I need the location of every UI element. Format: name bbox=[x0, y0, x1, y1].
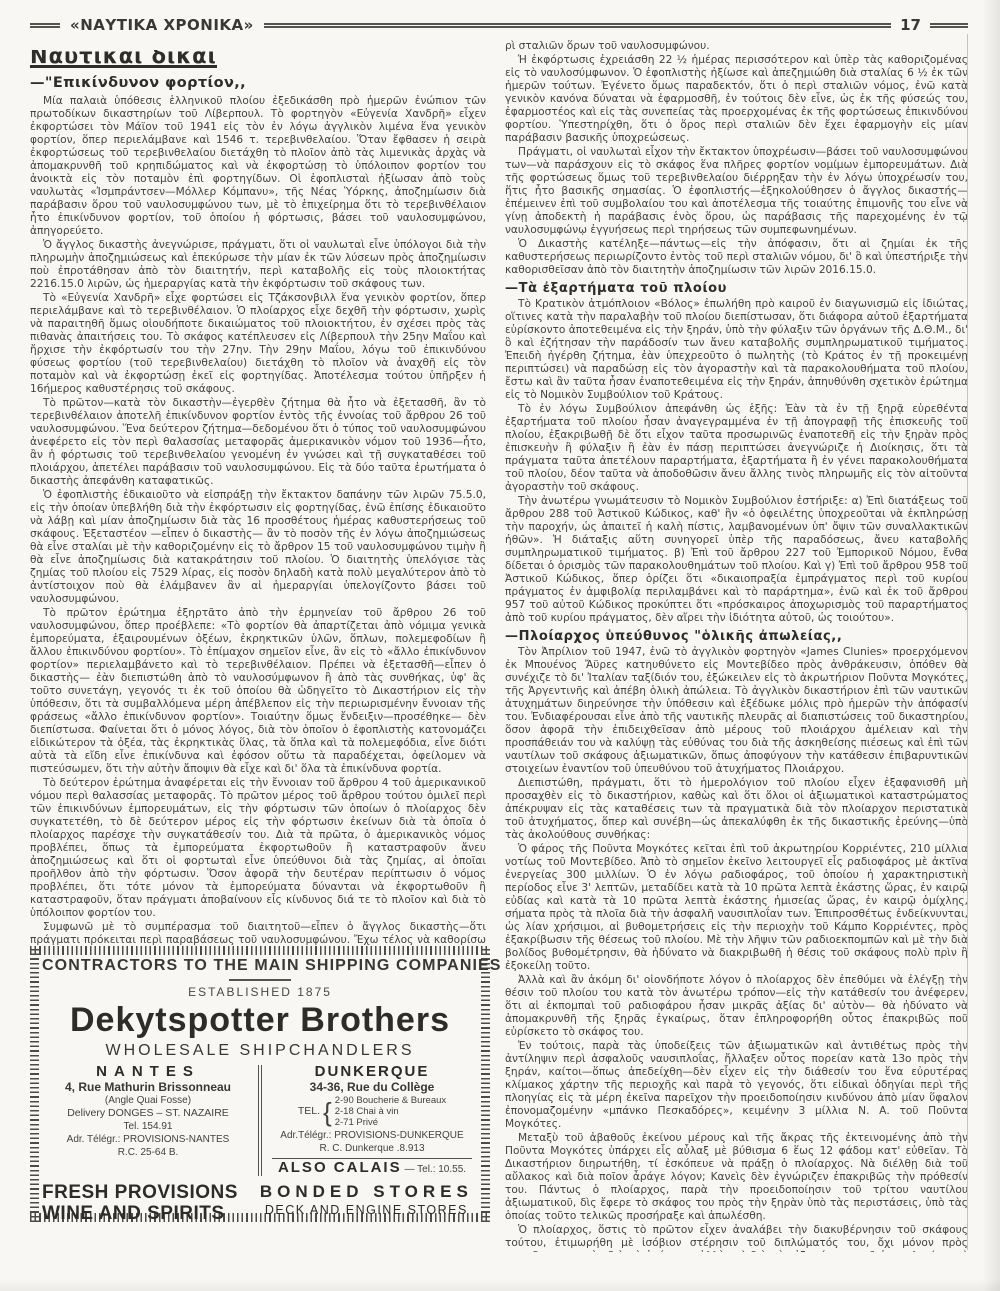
ad-nantes-rc: R.C. 25-64 B. bbox=[42, 1146, 254, 1159]
body-paragraph: Ὁ φάρος τῆς Ποῦντα Μογκότες κεῖται ἐπὶ τ… bbox=[505, 843, 968, 973]
body-paragraph: Ὁ ἄγγλος δικαστὴς ἀνεγνώρισε, πράγματι, … bbox=[30, 239, 486, 291]
subheading-master-liable: —Πλοίαρχος ὑπεύθυνος "ὁλικῆς ἀπωλείας,, bbox=[505, 630, 968, 643]
page-header: «ΝΑΥΤΙΚΑ ΧΡΟΝΙΚΑ» 17 bbox=[30, 16, 968, 34]
header-rule-right bbox=[930, 23, 968, 28]
ad-dunkerque-rc: R. C. Dunkerque .8.913 bbox=[266, 1142, 478, 1155]
ad-dunkerque-city: DUNKERQUE bbox=[266, 1065, 478, 1078]
ad-dunkerque-address: 34-36, Rue du Collège bbox=[266, 1081, 478, 1094]
ad-tel-label: TEL. bbox=[298, 1105, 320, 1118]
body-paragraph: ρὶ σταλιῶν ὅρων τοῦ ναυλοσυμφώνου. bbox=[505, 40, 968, 53]
scan-shadow-right bbox=[982, 0, 1000, 1291]
ad-footer-stores: BONDED STORES DECK AND ENGINE STORES bbox=[255, 1182, 478, 1218]
ad-nantes-address: 4, Rue Mathurin Brissonneau bbox=[42, 1081, 254, 1094]
section-title: Ναυτικαί δίκαι bbox=[30, 50, 217, 68]
ad-nantes-delivery: Delivery DONGES – ST. NAZAIRE bbox=[42, 1107, 254, 1120]
ad-footer-line: WINE AND SPIRITS bbox=[42, 1203, 255, 1224]
body-paragraph: Ὁ Δικαστὴς κατέληξε—πάντως—εἰς τὴν ἀπόφα… bbox=[505, 238, 968, 277]
ad-dunkerque-telegraph: Adr.Télégr.: PROVISIONS-DUNKERQUE bbox=[266, 1129, 478, 1142]
body-paragraph: Τὸ Κρατικὸν ἀτμόπλοιον «Βόλος» ἐπωλήθη π… bbox=[505, 298, 968, 402]
ad-nantes-block: NANTES 4, Rue Mathurin Brissonneau (Angl… bbox=[42, 1065, 254, 1176]
ad-footer-line: FRESH PROVISIONS bbox=[42, 1182, 255, 1203]
ad-column-divider bbox=[258, 1065, 262, 1176]
subheading-ship-fittings: —Τὰ ἐξαρτήματα τοῦ πλοίου bbox=[505, 282, 968, 295]
body-paragraph: Ὁ ἐφοπλιστὴς ἐδικαιοῦτο νὰ εἰσπράξῃ τὴν … bbox=[30, 489, 486, 606]
right-text-column: ρὶ σταλιῶν ὅρων τοῦ ναυλοσυμφώνου. Ἡ ἐκφ… bbox=[505, 40, 968, 1252]
body-paragraph: Συμφωνῶ μὲ τὸ συμπέρασμα τοῦ διαιτητοῦ—ε… bbox=[30, 921, 486, 946]
ad-nantes-telegraph: Adr. Télégr.: PROVISIONS-NANTES bbox=[42, 1133, 254, 1146]
ad-nantes-city: NANTES bbox=[42, 1065, 254, 1078]
ad-also-calais: ALSO CALAIS — Tel.: 10.55. bbox=[266, 1161, 478, 1176]
ad-tagline: CONTRACTORS TO THE MAIN SHIPPING COMPANI… bbox=[42, 957, 478, 975]
ad-tel-line: 2-90 Boucherie & Bureaux bbox=[335, 1095, 446, 1106]
body-paragraph: Τὸ ἐν λόγω Συμβούλιον ἀπεφάνθη ὡς ἑξῆς: … bbox=[505, 403, 968, 494]
ad-footer-provisions: FRESH PROVISIONS WINE AND SPIRITS bbox=[42, 1182, 255, 1224]
ad-nantes-tel: Tel. 154.91 bbox=[42, 1120, 254, 1133]
body-paragraph: Τὸν Ἀπρίλιον τοῦ 1947, ἐνῶ τὸ ἀγγλικὸν φ… bbox=[505, 646, 968, 776]
left-text-column: Ναυτικαί δίκαι —"Επικίνδυνον φορτίον,, Μ… bbox=[30, 50, 486, 946]
ad-border-top bbox=[30, 946, 490, 955]
body-paragraph: Ἡ ἐκφόρτωσις ἐχρειάσθη 22 ½ ἡμέρας περισ… bbox=[505, 54, 968, 145]
ad-dunkerque-block: DUNKERQUE 34-36, Rue du Collège TEL. { 2… bbox=[266, 1065, 478, 1176]
ad-border-right bbox=[481, 946, 490, 1222]
ad-border-left bbox=[30, 946, 39, 1222]
scan-shadow-bottom bbox=[0, 1279, 1000, 1291]
ad-also-calais-tel: — Tel.: 10.55. bbox=[405, 1164, 467, 1175]
body-paragraph: Τὸ πρῶτον—κατὰ τὸν δικαστὴν—ἐγερθὲν ζήτη… bbox=[30, 397, 486, 488]
ad-tel-line: 2-18 Chai à vin bbox=[335, 1106, 446, 1117]
body-paragraph: Διεπιστώθη, πράγματι, ὅτι τὸ ἡμερολόγιον… bbox=[505, 777, 968, 842]
ad-divider-rule bbox=[229, 979, 291, 981]
ad-also-calais-bold: ALSO CALAIS bbox=[278, 1159, 402, 1176]
body-paragraph: Τὸ «Εὐγενία Χανδρῆ» εἶχε φορτώσει εἰς Τζ… bbox=[30, 292, 486, 396]
body-paragraph: Τὸ δεύτερον ἐρώτημα ἀναφέρεται εἰς τὴν ἔ… bbox=[30, 777, 486, 920]
ad-footer-line: DECK AND ENGINE STORES bbox=[255, 1202, 478, 1218]
ad-subtitle: WHOLESALE SHIPCHANDLERS bbox=[42, 1042, 478, 1060]
body-paragraph: Ὁ πλοίαρχος, ὅστις τὸ πρῶτον εἶχεν ἀναλά… bbox=[505, 1224, 968, 1252]
body-paragraph: Τὴν ἀνωτέρω γνωμάτευσιν τὸ Νομικὸν Συμβο… bbox=[505, 495, 968, 625]
shipchandlers-advertisement: CONTRACTORS TO THE MAIN SHIPPING COMPANI… bbox=[30, 946, 490, 1222]
body-paragraph: Ἐν τούτοις, παρὰ τὰς ὑποδείξεις τῶν ἀξιω… bbox=[505, 1040, 968, 1131]
ad-footer-line: BONDED STORES bbox=[255, 1182, 478, 1202]
body-paragraph: Τὸ πρῶτον ἐρώτημα ἐξηρτᾶτο ἀπὸ τὴν ἑρμην… bbox=[30, 607, 486, 776]
masthead-title: «ΝΑΥΤΙΚΑ ΧΡΟΝΙΚΑ» bbox=[70, 16, 254, 34]
scanned-magazine-page: «ΝΑΥΤΙΚΑ ΧΡΟΝΙΚΑ» 17 Ναυτικαί δίκαι —"Επ… bbox=[0, 0, 1000, 1291]
ad-tel-line: 2-71 Privé bbox=[335, 1117, 446, 1128]
page-edge-rule bbox=[967, 34, 968, 1250]
header-rule-middle bbox=[264, 23, 891, 28]
body-paragraph: Πράγματι, οἱ ναυλωταὶ εἶχον τὴν ἔκτακτον… bbox=[505, 146, 968, 237]
body-paragraph: Μεταξὺ τοῦ ἀβαθοῦς ἐκείνου μέρους καὶ τῆ… bbox=[505, 1132, 968, 1223]
body-paragraph: Ἀλλὰ καὶ ἂν ἀκόμη δι' οἱονδήποτε λόγον ὁ… bbox=[505, 974, 968, 1039]
brace-icon: { bbox=[323, 1099, 332, 1125]
ad-nantes-address2: (Angle Quai Fosse) bbox=[42, 1094, 254, 1107]
ad-company-name: Dekytspotter Brothers bbox=[42, 1001, 478, 1040]
ad-dunkerque-tel: TEL. { 2-90 Boucherie & Bureaux 2-18 Cha… bbox=[266, 1095, 478, 1128]
page-number: 17 bbox=[900, 16, 921, 34]
ad-established: ESTABLISHED 1875 bbox=[42, 985, 478, 999]
article-title-dangerous-cargo: —"Επικίνδυνον φορτίον,, bbox=[30, 77, 486, 90]
body-paragraph: Μία παλαιὰ ὑπόθεσις ἑλληνικοῦ πλοίου ἐξε… bbox=[30, 95, 486, 238]
header-rule-left bbox=[30, 23, 60, 28]
